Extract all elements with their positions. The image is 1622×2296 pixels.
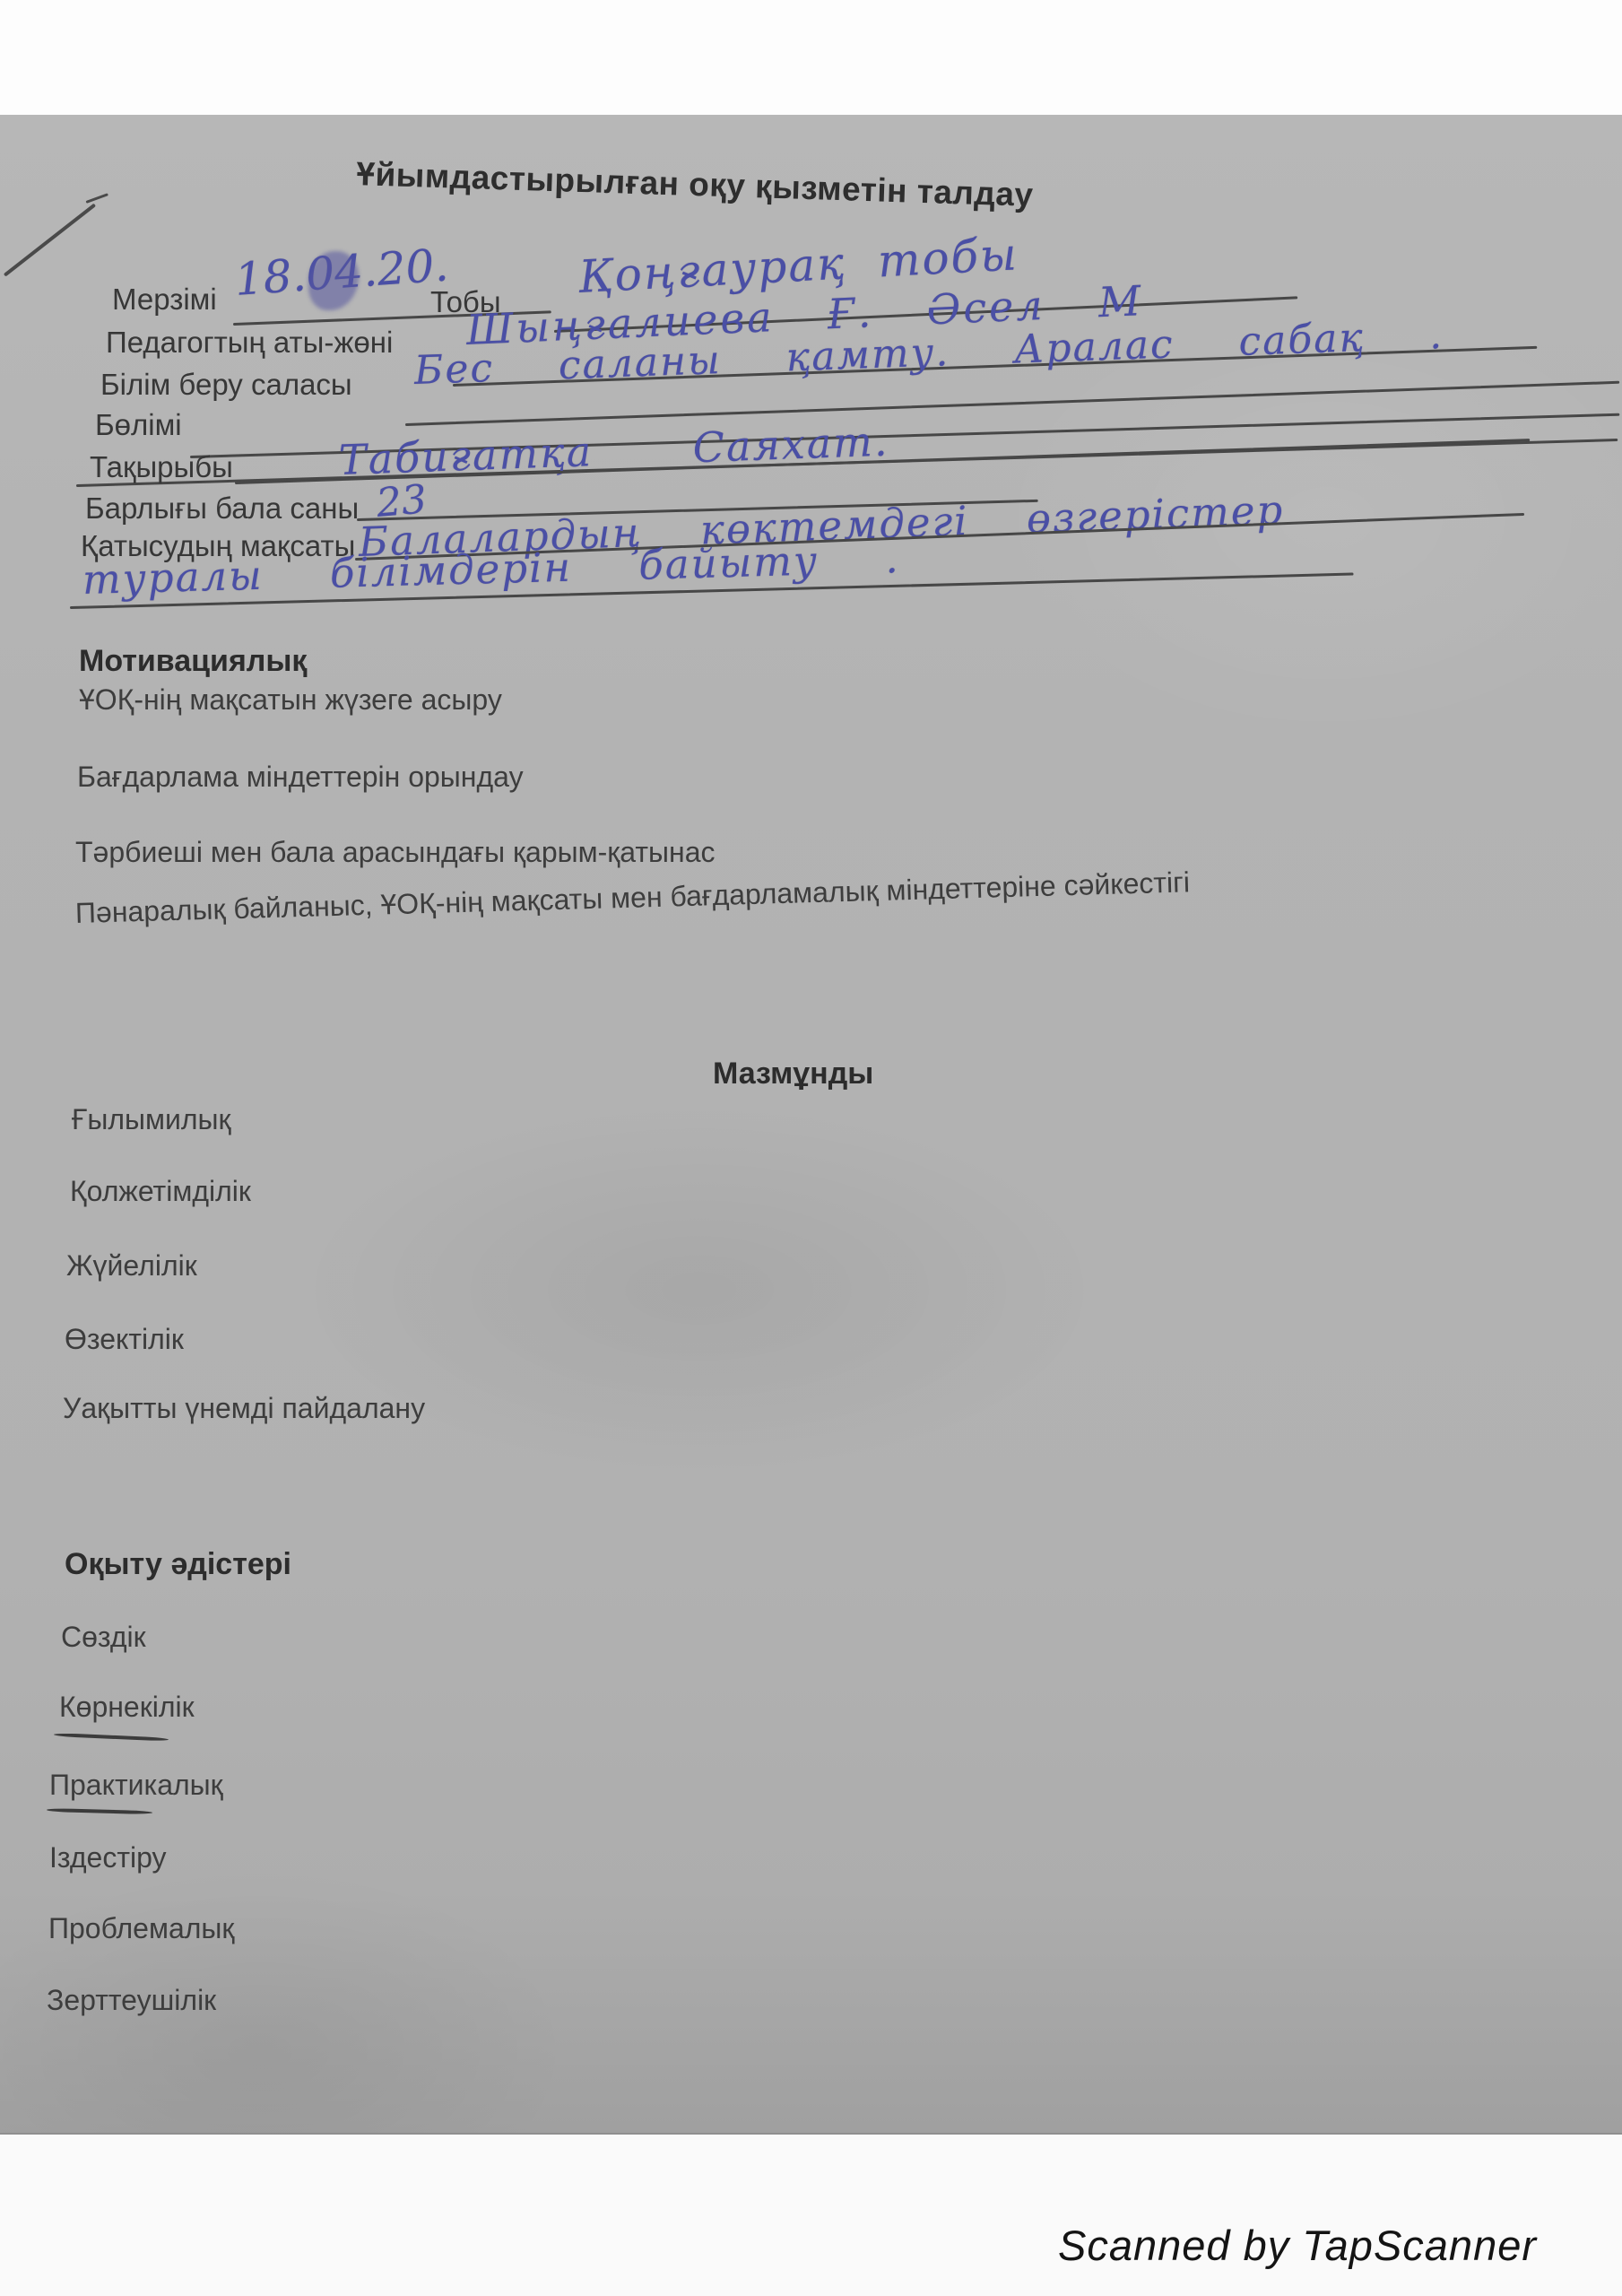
motivation-item: Пәнаралық байланыс, ҰОҚ-нің мақсаты мен … (74, 865, 1190, 930)
field-label-pedagog: Педагогтың аты-жөні (106, 326, 393, 360)
method-item: Сөздік (61, 1621, 146, 1654)
method-item: Іздестіру (49, 1841, 167, 1874)
motivation-item: ҰОҚ-нің мақсатын жүзеге асыру (79, 683, 502, 717)
pen-underline-mark (47, 1808, 152, 1814)
scan-area: Ұйымдастырылған оқу қызметін талдау Мерз… (0, 115, 1622, 2133)
top-margin (0, 0, 1622, 115)
method-item: Практикалық (49, 1769, 223, 1802)
pen-stroke-mark (85, 193, 108, 204)
content-item: Жүйелілік (66, 1249, 197, 1283)
method-item: Зерттеушілік (47, 1984, 216, 2017)
content-item: Уақытты үнемді пайдалану (63, 1392, 425, 1425)
content-item: Өзектілік (65, 1323, 184, 1356)
field-label-bala-sany: Барлығы бала саны (85, 491, 359, 526)
field-label-merzimi: Мерзімі (112, 283, 217, 317)
section-heading-content: Мазмұнды (713, 1057, 873, 1091)
tapscanner-watermark: Scanned by TapScanner (1058, 2221, 1537, 2270)
method-item: Көрнекілік (59, 1691, 195, 1724)
method-item: Проблемалық (48, 1912, 234, 1945)
pen-underline-mark (54, 1733, 169, 1742)
content-item: Ғылымилық (72, 1103, 231, 1136)
ink-blot-mark (308, 251, 359, 310)
field-label-bilim-salasy: Білім беру саласы (100, 368, 352, 402)
scanned-document-page: Ұйымдастырылған оқу қызметін талдау Мерз… (0, 0, 1622, 2296)
field-value-takyryby: Табиғатқа Саяхат. (338, 417, 889, 484)
motivation-item: Бағдарлама міндеттерін орындау (77, 761, 524, 794)
section-heading-motivation: Мотивациялық (79, 644, 307, 679)
bottom-margin: Scanned by TapScanner (0, 2133, 1622, 2296)
section-heading-methods: Оқыту әдістері (65, 1547, 291, 1582)
field-label-takyryby: Тақырыбы (90, 450, 233, 484)
pen-stroke-mark (4, 204, 96, 277)
document-title: Ұйымдастырылған оқу қызметін талдау (341, 155, 1050, 215)
motivation-item: Тәрбиеші мен бала арасындағы қарым-қатын… (75, 836, 715, 869)
field-label-bolimi: Бөлімі (95, 408, 182, 442)
content-item: Қолжетімділік (70, 1175, 251, 1208)
